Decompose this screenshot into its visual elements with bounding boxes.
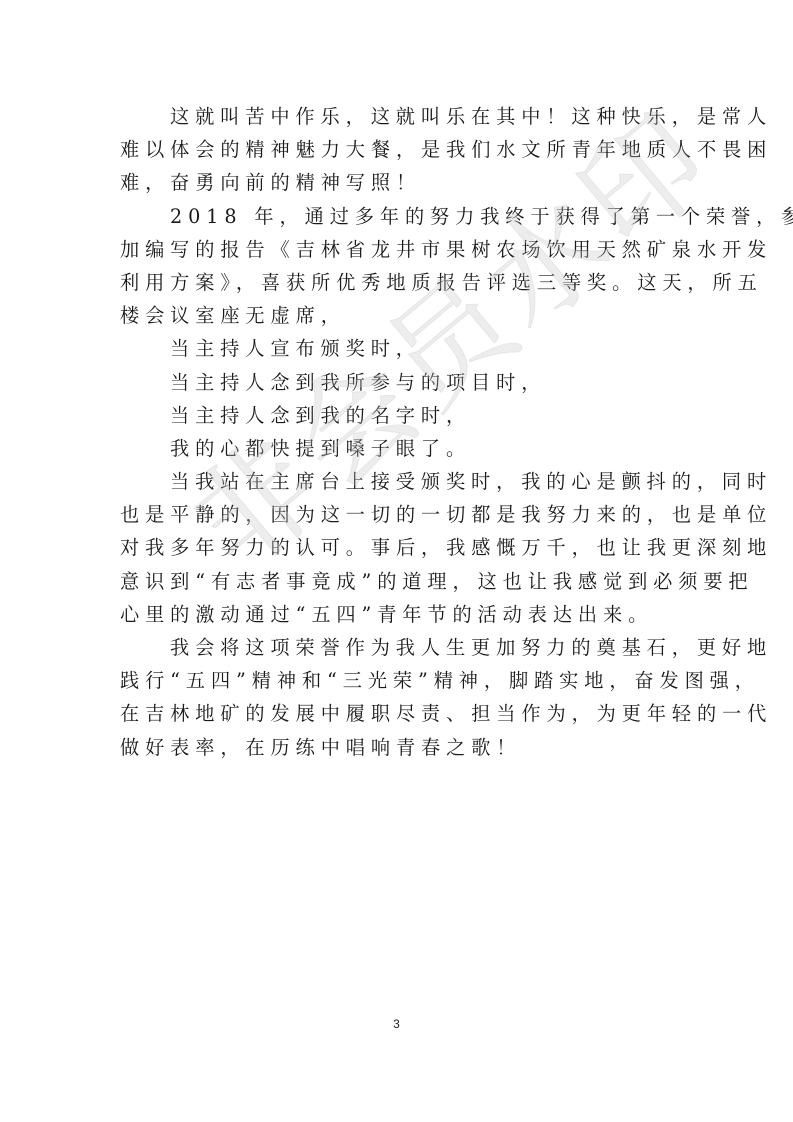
page-number: 3 (0, 1017, 793, 1031)
text-line: 当主持人宣布颁奖时， (120, 332, 673, 365)
body-text: 这就叫苦中作乐，这就叫乐在其中！这种快乐，是常人 难以体会的精神魅力大餐，是我们… (120, 100, 673, 764)
text-line: 难，奋勇向前的精神写照！ (120, 166, 673, 199)
text-line: 难以体会的精神魅力大餐，是我们水文所青年地质人不畏困 (120, 133, 673, 166)
text-line: 在吉林地矿的发展中履职尽责、担当作为，为更年轻的一代 (120, 697, 673, 730)
text-line: 对我多年努力的认可。事后，我感慨万千，也让我更深刻地 (120, 531, 673, 564)
text-line: 心里的激动通过“五四”青年节的活动表达出来。 (120, 598, 673, 631)
text-line: 我会将这项荣誉作为我人生更加努力的奠基石，更好地 (120, 631, 673, 664)
text-line: 加编写的报告《吉林省龙井市果树农场饮用天然矿泉水开发 (120, 233, 673, 266)
text-line: 这就叫苦中作乐，这就叫乐在其中！这种快乐，是常人 (120, 100, 673, 133)
text-line: 也是平静的，因为这一切的一切都是我努力来的，也是单位 (120, 498, 673, 531)
text-line: 我的心都快提到嗓子眼了。 (120, 432, 673, 465)
text-line: 做好表率，在历练中唱响青春之歌！ (120, 731, 673, 764)
text-line: 楼会议室座无虚席， (120, 299, 673, 332)
text-line: 2018 年，通过多年的努力我终于获得了第一个荣誉，参 (120, 200, 673, 233)
text-line: 践行“五四”精神和“三光荣”精神，脚踏实地，奋发图强， (120, 664, 673, 697)
text-line: 意识到“有志者事竟成”的道理，这也让我感觉到必须要把 (120, 565, 673, 598)
text-line: 当我站在主席台上接受颁奖时，我的心是颤抖的，同时 (120, 465, 673, 498)
text-line: 利用方案》，喜获所优秀地质报告评选三等奖。这天，所五 (120, 266, 673, 299)
document-page: 这就叫苦中作乐，这就叫乐在其中！这种快乐，是常人 难以体会的精神魅力大餐，是我们… (0, 0, 793, 1122)
text-line: 当主持人念到我的名字时， (120, 399, 673, 432)
text-line: 当主持人念到我所参与的项目时， (120, 366, 673, 399)
